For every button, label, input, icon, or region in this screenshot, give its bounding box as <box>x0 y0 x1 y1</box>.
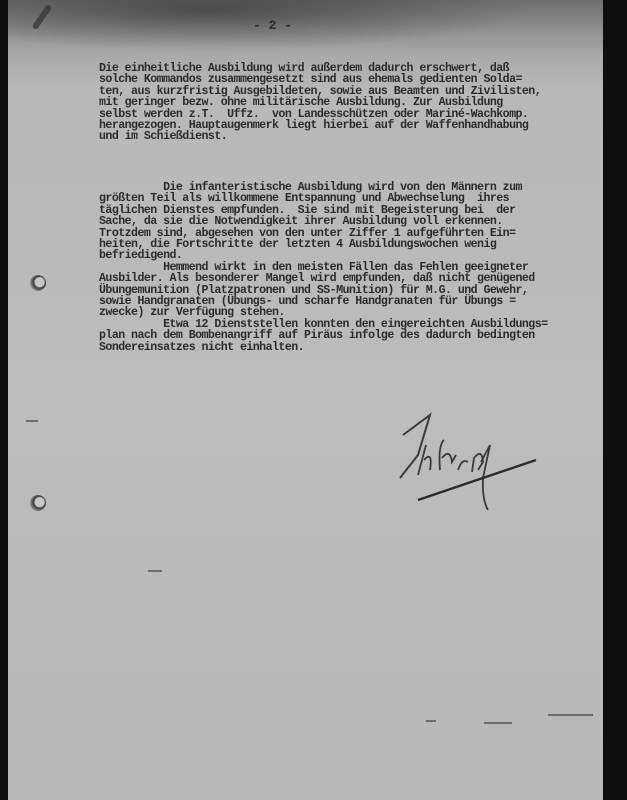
text-line: Ausbilder. Als besonderer Mangel wird em… <box>99 273 548 284</box>
text-line: mit geringer bezw. ohne militärische Aus… <box>99 97 541 108</box>
signature <box>378 400 548 510</box>
scan-artifact <box>148 570 162 572</box>
text-line: Sache, da sie die Notwendigkeit ihrer Au… <box>99 216 548 227</box>
punch-hole-icon <box>30 275 46 291</box>
scan-artifact <box>548 714 593 716</box>
punch-hole-icon <box>30 495 46 511</box>
text-line: und im Schießdienst. <box>99 131 541 142</box>
scan-artifact <box>484 722 512 724</box>
text-line: Sondereinsatzes nicht einhalten. <box>99 342 548 353</box>
text-line: plan nach dem Bombenangriff auf Piräus i… <box>99 330 548 341</box>
paragraph-1: Die einheitliche Ausbildung wird außerde… <box>99 63 541 143</box>
scan-artifact <box>26 420 38 422</box>
document-page: - 2 - Die einheitliche Ausbildung wird a… <box>8 0 603 800</box>
scan-shadow <box>8 0 603 70</box>
scan-artifact <box>426 720 436 722</box>
page-number: - 2 - <box>253 18 292 33</box>
paragraph-2: Die infanteristische Ausbildung wird von… <box>99 182 548 353</box>
